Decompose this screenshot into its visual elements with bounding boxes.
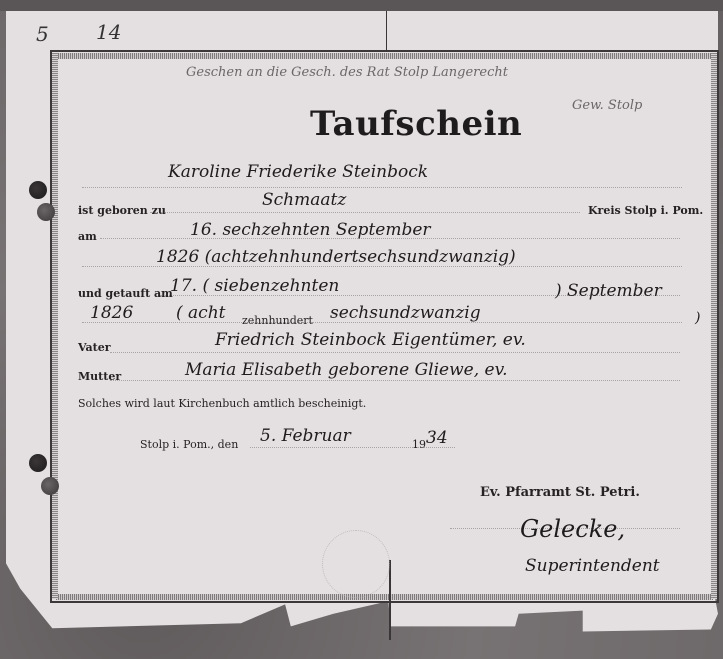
rule (110, 352, 680, 353)
corner-mark-number: 14 (96, 20, 121, 44)
father-value: Friedrich Steinbock Eigentümer, ev. (215, 330, 526, 350)
faint-seal (322, 530, 390, 598)
punch-hole (29, 454, 47, 472)
frame-hatch-left (52, 53, 58, 599)
baptized-year-words-post: sechsundzwanzig (330, 303, 481, 323)
rule (150, 212, 580, 213)
baptized-label: und getauft am (78, 287, 173, 300)
frame-outer-bottom (52, 601, 719, 603)
frame-hatch-bottom (56, 594, 713, 600)
frame-outer-left (50, 50, 52, 603)
top-note-line2: Gew. Stolp (572, 98, 642, 113)
baptized-year: 1826 (90, 303, 133, 323)
born-at-value: Schmaatz (262, 190, 346, 210)
printed-zehnhundert: zehnhundert (242, 314, 313, 327)
corner-mark-left: 5 (36, 22, 49, 46)
document-title: Taufschein (310, 104, 522, 144)
place-date-prefix: Stolp i. Pom., den (140, 438, 238, 451)
punch-hole (37, 203, 55, 221)
father-label: Vater (78, 341, 111, 354)
rule (110, 380, 680, 381)
issue-date: 5. Februar (260, 426, 351, 446)
child-name: Karoline Friederike Steinbock (168, 162, 428, 182)
mother-value: Maria Elisabeth geborene Gliewe, ev. (185, 360, 508, 380)
born-year-line: 1826 (achtzehnhundertsechsundzwanzig) (156, 247, 516, 267)
year-written: 34 (426, 428, 448, 448)
year-printed: 19 (412, 438, 426, 451)
closing-paren: ) (695, 310, 700, 326)
top-edge-shadow (0, 0, 723, 11)
tear-top (386, 11, 387, 51)
frame-hatch-top (56, 53, 713, 59)
signature: Gelecke, (520, 515, 625, 543)
punch-hole (29, 181, 47, 199)
born-at-label: ist geboren zu (78, 204, 166, 217)
born-on-value: 16. sechzehnten September (190, 220, 431, 240)
baptized-day: 17. ( siebenzehnten (170, 276, 339, 296)
rule (82, 187, 682, 188)
top-note-line1: Geschen an die Gesch. des Rat Stolp Lang… (186, 65, 508, 80)
baptized-year-words-pre: ( acht (176, 303, 225, 323)
born-on-label: am (78, 230, 97, 243)
mother-label: Mutter (78, 370, 121, 383)
certification-text: Solches wird laut Kirchenbuch amtlich be… (78, 397, 366, 410)
signature-title: Superintendent (525, 556, 660, 576)
fold-crease (389, 560, 391, 640)
baptized-month: ) September (555, 281, 662, 301)
frame-outer-right (717, 50, 719, 603)
district-label: Kreis Stolp i. Pom. (588, 204, 703, 217)
issuer: Ev. Pfarramt St. Petri. (480, 485, 640, 500)
punch-hole (41, 477, 59, 495)
